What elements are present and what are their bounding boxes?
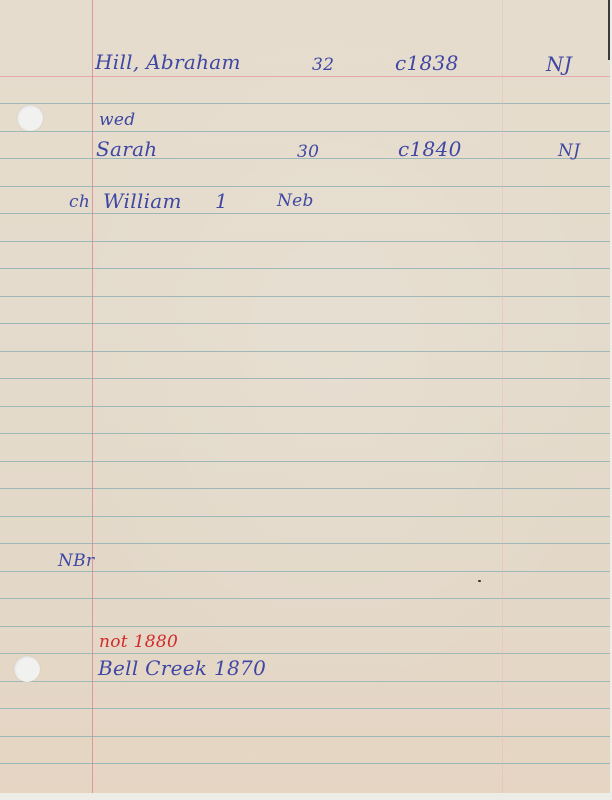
census-location-note: Bell Creek 1870 <box>98 656 266 680</box>
entry-1-birth-year: c1838 <box>395 51 459 75</box>
entry-2-birth-year: c1840 <box>398 137 462 161</box>
margin-note: NBr <box>58 551 94 571</box>
entry-1-birthplace: NJ <box>546 52 572 76</box>
entry-2-relation: wed <box>99 110 135 130</box>
entry-3-birthplace: Neb <box>277 191 314 211</box>
entry-2-age: 30 <box>297 142 319 162</box>
paper-speck <box>478 580 481 582</box>
entry-3-name: William <box>103 189 182 213</box>
entry-2-birthplace: NJ <box>558 141 580 161</box>
entry-1-age: 32 <box>312 55 334 75</box>
right-margin-line <box>502 0 503 793</box>
punch-hole-bottom <box>14 656 40 682</box>
entry-2-name: Sarah <box>96 137 158 161</box>
notebook-page: Hill, Abraham 32 c1838 NJ wed Sarah 30 c… <box>0 0 610 793</box>
punch-hole-top <box>17 105 43 131</box>
left-margin-line <box>92 0 93 793</box>
entry-3-prefix: ch <box>69 192 90 212</box>
page-edge <box>608 0 610 60</box>
entry-3-age: 1 <box>215 189 228 213</box>
census-red-note: not 1880 <box>99 632 178 652</box>
entry-1-name: Hill, Abraham <box>95 50 241 74</box>
